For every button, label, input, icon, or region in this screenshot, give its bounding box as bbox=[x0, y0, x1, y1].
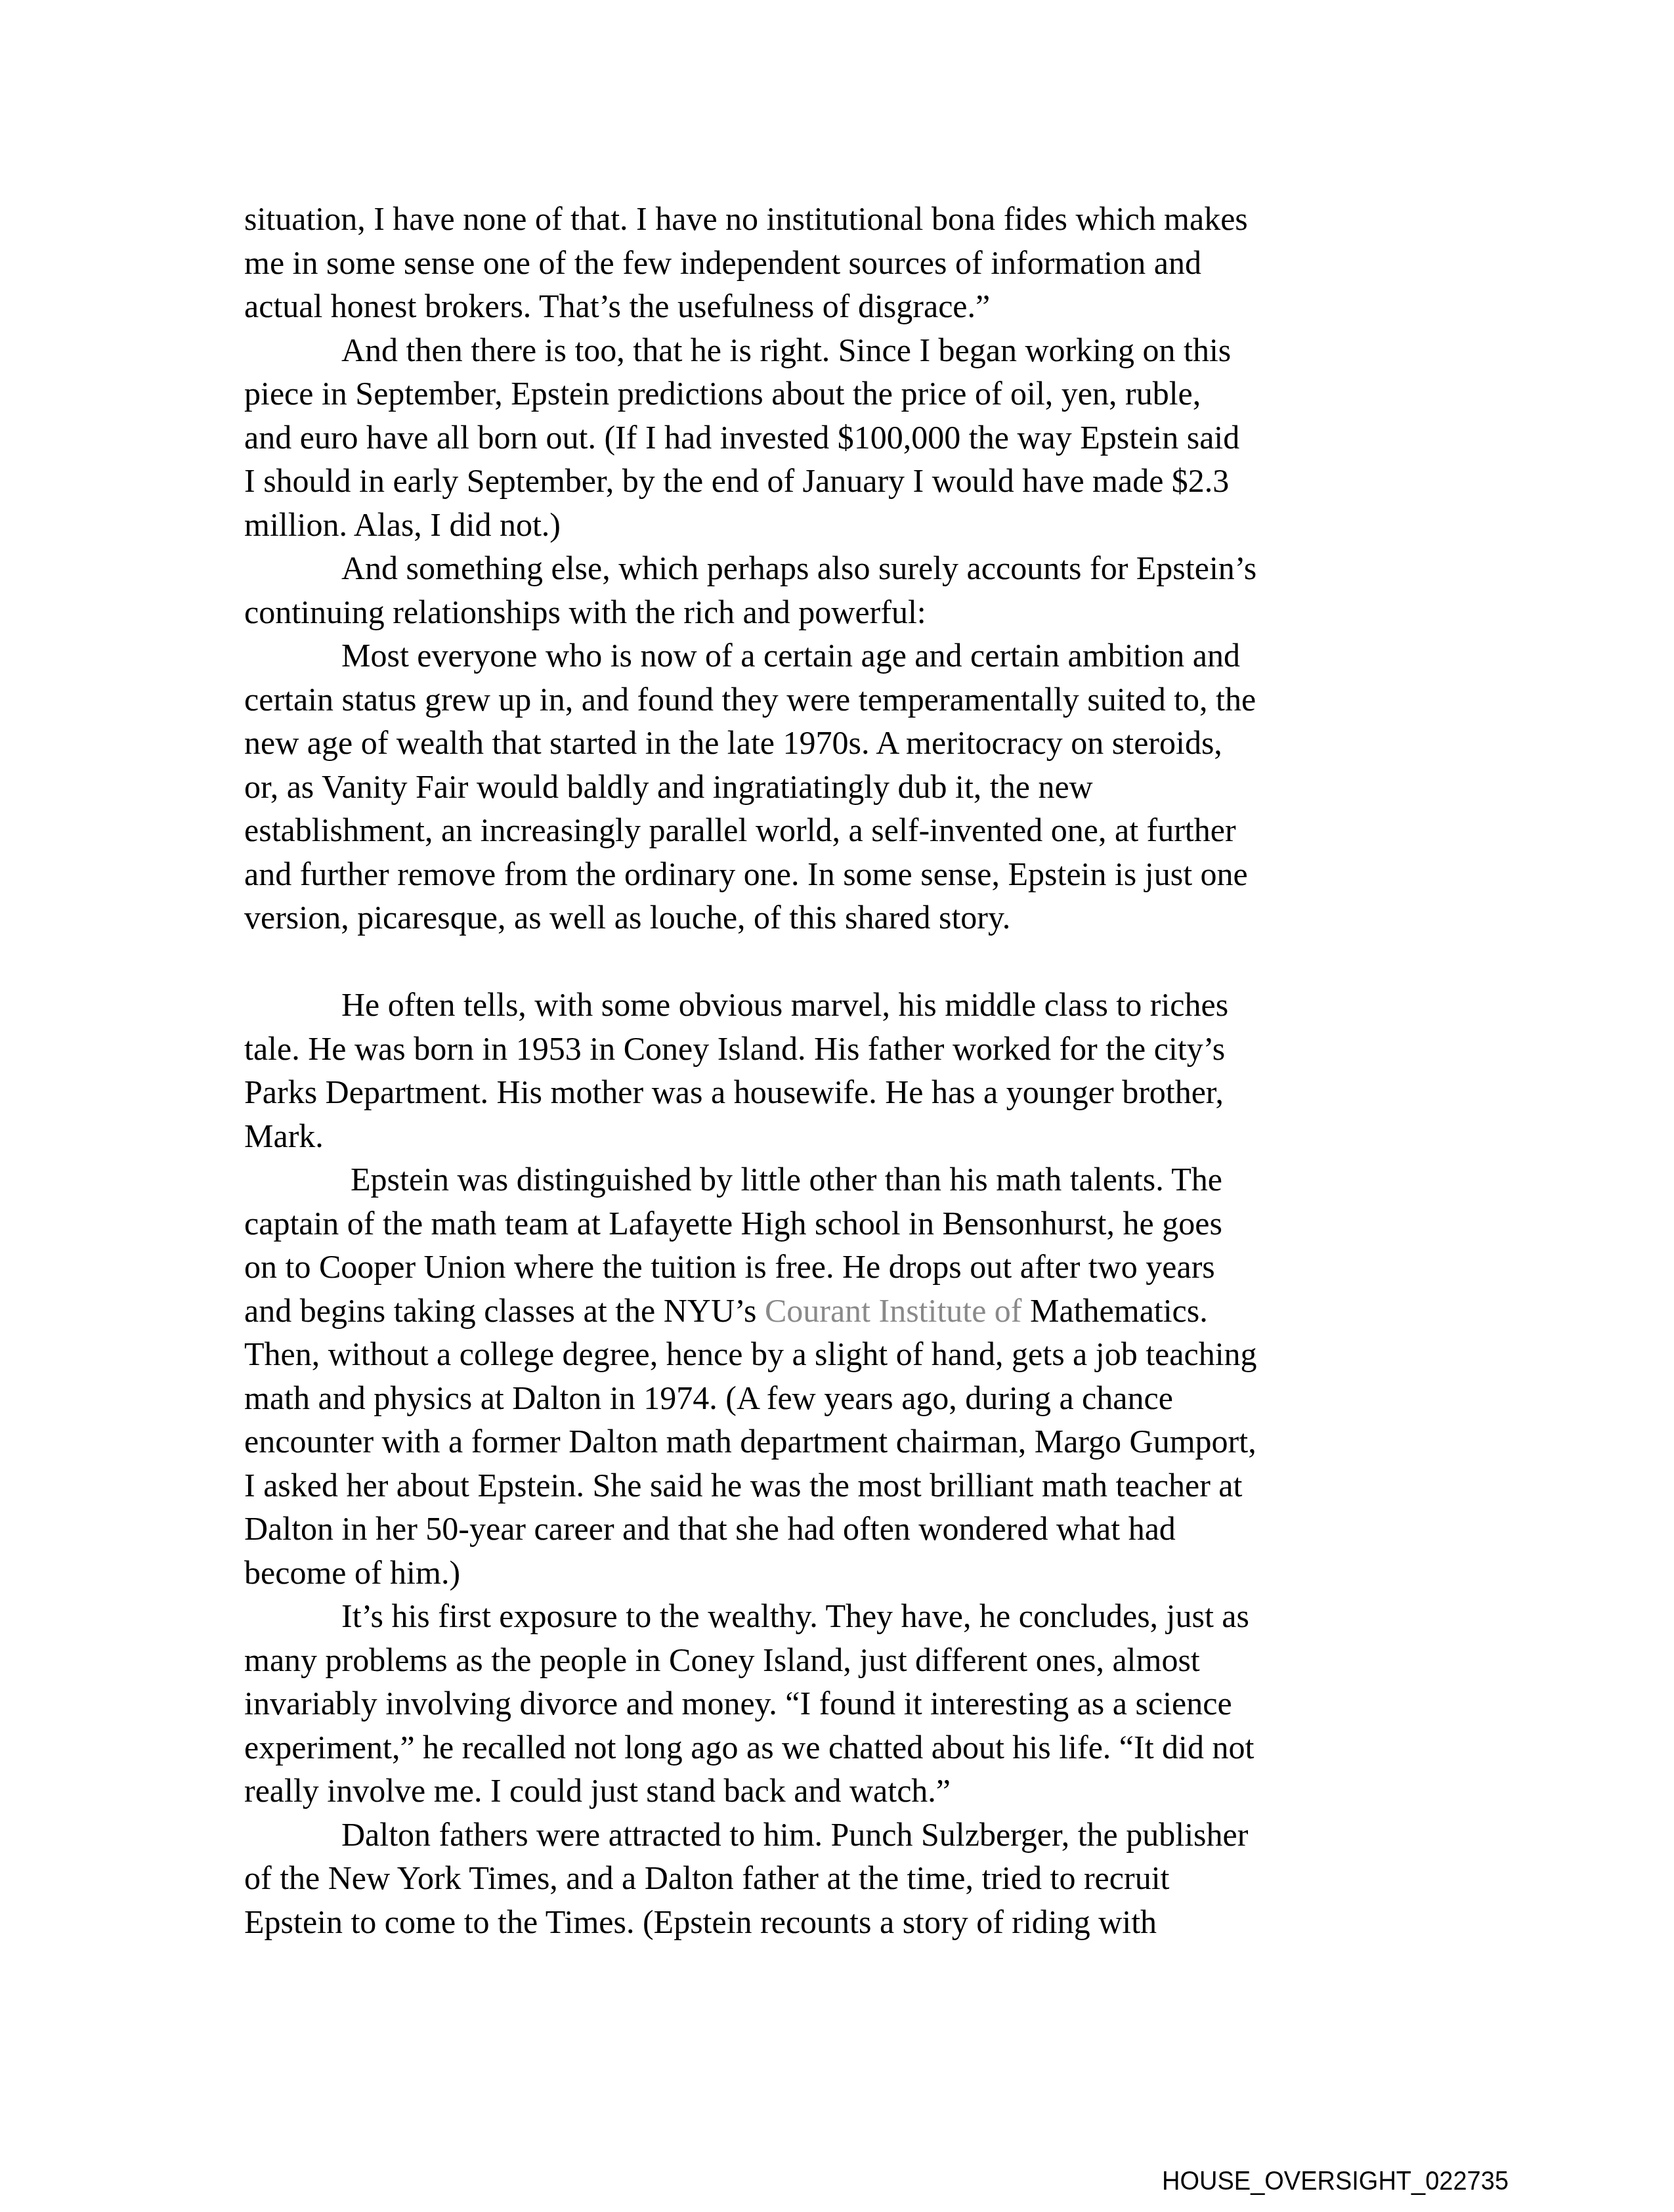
text-line: and euro have all born out. (If I had in… bbox=[244, 416, 1426, 460]
text-line: version, picaresque, as well as louche, … bbox=[244, 896, 1426, 940]
text-line: Epstein was distinguished by little othe… bbox=[244, 1158, 1426, 1202]
text-line: really involve me. I could just stand ba… bbox=[244, 1769, 1426, 1813]
text-line: Parks Department. His mother was a house… bbox=[244, 1070, 1426, 1114]
text-line: Dalton fathers were attracted to him. Pu… bbox=[244, 1813, 1426, 1857]
text-line: Mark. bbox=[244, 1114, 1426, 1158]
text-line: captain of the math team at Lafayette Hi… bbox=[244, 1202, 1426, 1246]
bates-number-footer: HOUSE_OVERSIGHT_022735 bbox=[1162, 2167, 1509, 2196]
text-line: Dalton in her 50-year career and that sh… bbox=[244, 1507, 1426, 1551]
text-line: math and physics at Dalton in 1974. (A f… bbox=[244, 1376, 1426, 1420]
text-line: million. Alas, I did not.) bbox=[244, 503, 1426, 547]
document-body: situation, I have none of that. I have n… bbox=[244, 197, 1426, 1943]
text-line: new age of wealth that started in the la… bbox=[244, 721, 1426, 765]
text-line: of the New York Times, and a Dalton fath… bbox=[244, 1856, 1426, 1900]
text-line: situation, I have none of that. I have n… bbox=[244, 197, 1426, 241]
text-line: invariably involving divorce and money. … bbox=[244, 1681, 1426, 1725]
text-line: or, as Vanity Fair would baldly and ingr… bbox=[244, 765, 1426, 809]
text-line: encounter with a former Dalton math depa… bbox=[244, 1420, 1426, 1464]
text-line: Epstein to come to the Times. (Epstein r… bbox=[244, 1900, 1426, 1944]
text-line-with-grey-span: and begins taking classes at the NYU’s C… bbox=[244, 1289, 1426, 1333]
text-segment: and begins taking classes at the NYU’s bbox=[244, 1292, 765, 1329]
text-line: many problems as the people in Coney Isl… bbox=[244, 1638, 1426, 1682]
text-line: me in some sense one of the few independ… bbox=[244, 241, 1426, 285]
text-line: actual honest brokers. That’s the useful… bbox=[244, 284, 1426, 328]
text-line: tale. He was born in 1953 in Coney Islan… bbox=[244, 1027, 1426, 1071]
text-line: And something else, which perhaps also s… bbox=[244, 546, 1426, 590]
text-line: become of him.) bbox=[244, 1551, 1426, 1595]
text-line: He often tells, with some obvious marvel… bbox=[244, 983, 1426, 1027]
text-line: experiment,” he recalled not long ago as… bbox=[244, 1725, 1426, 1769]
text-line: It’s his first exposure to the wealthy. … bbox=[244, 1594, 1426, 1638]
text-line: establishment, an increasingly parallel … bbox=[244, 808, 1426, 852]
text-line: continuing relationships with the rich a… bbox=[244, 590, 1426, 634]
greyed-text-courant-institute: Courant Institute of bbox=[765, 1292, 1022, 1329]
text-line: Then, without a college degree, hence by… bbox=[244, 1332, 1426, 1376]
text-line: Most everyone who is now of a certain ag… bbox=[244, 634, 1426, 678]
text-line: and further remove from the ordinary one… bbox=[244, 852, 1426, 896]
text-line: piece in September, Epstein predictions … bbox=[244, 372, 1426, 416]
text-line: on to Cooper Union where the tuition is … bbox=[244, 1245, 1426, 1289]
text-line: certain status grew up in, and found the… bbox=[244, 678, 1426, 722]
text-line: I should in early September, by the end … bbox=[244, 459, 1426, 503]
text-line: And then there is too, that he is right.… bbox=[244, 328, 1426, 372]
paragraph-gap bbox=[244, 940, 1426, 984]
text-line: I asked her about Epstein. She said he w… bbox=[244, 1464, 1426, 1507]
text-segment: Mathematics. bbox=[1022, 1292, 1208, 1329]
